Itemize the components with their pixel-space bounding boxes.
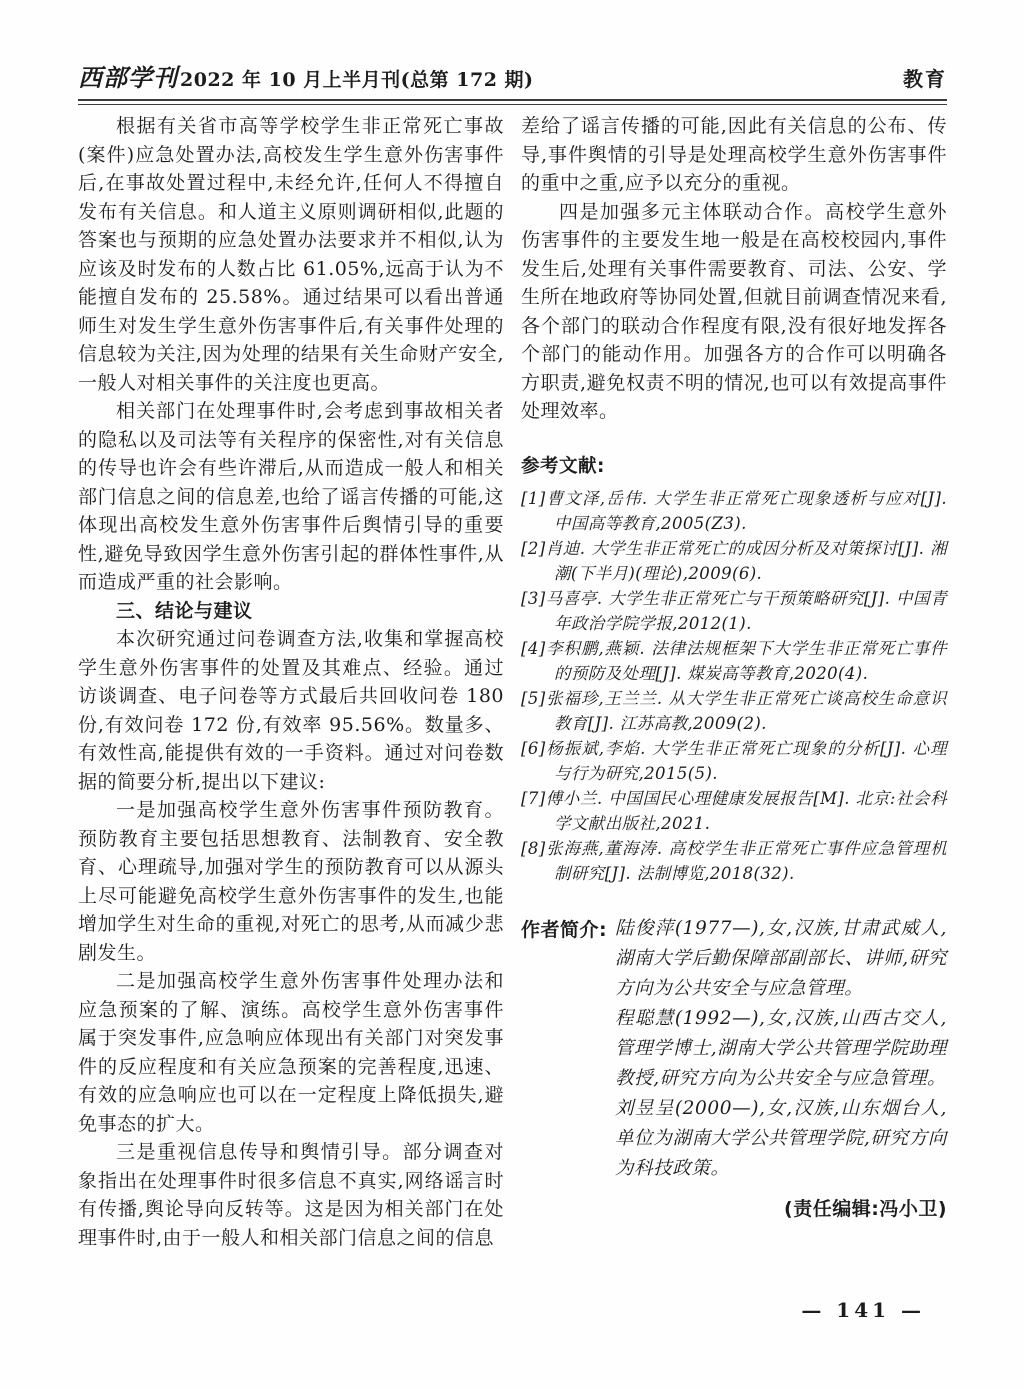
reference-item: [6]杨振斌,李焰. 大学生非正常死亡现象的分析[J]. 心理与行为研究,201… [521, 736, 947, 786]
reference-item: [2]肖迪. 大学生非正常死亡的成因分析及对策探讨[J]. 湘潮(下半月)(理论… [521, 536, 947, 586]
author-bio-entry: 陆俊萍(1977—),女,汉族,甘肃武威人,湖南大学后勤保障部副部长、讲师,研究… [615, 914, 947, 1004]
reference-item: [3]马喜亭. 大学生非正常死亡与干预策略研究[J]. 中国青年政治学院学报,2… [521, 586, 947, 636]
section-heading-conclusion: 三、结论与建议 [78, 597, 504, 626]
page-header: 西部学刊2022 年 10 月上半月刊(总第 172 期) 教育 [78, 58, 947, 93]
author-bio-label: 作者简介: [521, 915, 607, 942]
paragraph: 根据有关省市高等学校学生非正常死亡事故(案件)应急处置办法,高校发生学生意外伤害… [78, 112, 504, 397]
author-bio-section: 作者简介: 陆俊萍(1977—),女,汉族,甘肃武威人,湖南大学后勤保障部副部长… [521, 914, 947, 1184]
section-label: 教育 [903, 63, 947, 92]
author-bio-entry: 刘昱呈(2000—),女,汉族,山东烟台人,单位为湖南大学公共管理学院,研究方向… [615, 1094, 947, 1184]
paragraph: 一是加强高校学生意外伤害事件预防教育。预防教育主要包括思想教育、法制教育、安全教… [78, 796, 504, 967]
page-number: — 141 — [801, 1298, 925, 1322]
journal-issue-info: 2022 年 10 月上半月刊(总第 172 期) [180, 69, 534, 91]
left-column: 根据有关省市高等学校学生非正常死亡事故(案件)应急处置办法,高校发生学生意外伤害… [78, 112, 504, 1252]
editor-note: (责任编辑:冯小卫) [521, 1194, 947, 1221]
header-divider [78, 99, 947, 105]
author-bio-entry: 程聪慧(1992—),女,汉族,山西古交人,管理学博士,湖南大学公共管理学院助理… [615, 1004, 947, 1094]
reference-item: [4]李积鹏,燕颖. 法律法规框架下大学生非正常死亡事件的预防及处理[J]. 煤… [521, 636, 947, 686]
references-heading: 参考文献: [521, 454, 947, 480]
reference-item: [7]傅小兰. 中国国民心理健康发展报告[M]. 北京:社会科学文献出版社,20… [521, 786, 947, 836]
journal-masthead: 西部学刊2022 年 10 月上半月刊(总第 172 期) [78, 58, 534, 93]
reference-item: [5]张福珍,王兰兰. 从大学生非正常死亡谈高校生命意识教育[J]. 江苏高教,… [521, 686, 947, 736]
paragraph: 四是加强多元主体联动合作。高校学生意外伤害事件的主要发生地一般是在高校校园内,事… [521, 198, 947, 426]
reference-item: [8]张海燕,董海涛. 高校学生非正常死亡事件应急管理机制研究[J]. 法制博览… [521, 836, 947, 886]
journal-logo: 西部学刊 [78, 63, 178, 92]
paragraph: 本次研究通过问卷调查方法,收集和掌握高校学生意外伤害事件的处置及其难点、经验。通… [78, 625, 504, 796]
paragraph: 二是加强高校学生意外伤害事件处理办法和应急预案的了解、演练。高校学生意外伤害事件… [78, 967, 504, 1138]
references-section: 参考文献: [1]曹文泽,岳伟. 大学生非正常死亡现象透析与应对[J]. 中国高… [521, 454, 947, 886]
paragraph: 三是重视信息传导和舆情引导。部分调查对象指出在处理事件时很多信息不真实,网络谣言… [78, 1138, 504, 1252]
article-body: 根据有关省市高等学校学生非正常死亡事故(案件)应急处置办法,高校发生学生意外伤害… [78, 112, 947, 1252]
paragraph-continuation: 差给了谣言传播的可能,因此有关信息的公布、传导,事件舆情的引导是处理高校学生意外… [521, 112, 947, 198]
right-column: 差给了谣言传播的可能,因此有关信息的公布、传导,事件舆情的引导是处理高校学生意外… [521, 112, 947, 1221]
journal-page: 西部学刊2022 年 10 月上半月刊(总第 172 期) 教育 根据有关省市高… [0, 0, 1024, 1389]
paragraph: 相关部门在处理事件时,会考虑到事故相关者的隐私以及司法等有关程序的保密性,对有关… [78, 397, 504, 597]
reference-item: [1]曹文泽,岳伟. 大学生非正常死亡现象透析与应对[J]. 中国高等教育,20… [521, 486, 947, 536]
